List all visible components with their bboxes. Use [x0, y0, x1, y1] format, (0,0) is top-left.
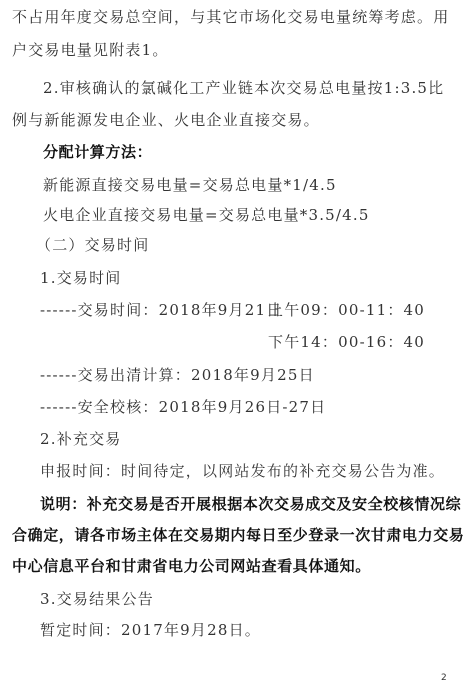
security-check-date: ------安全校核：2018年9月26日-27日 [40, 398, 326, 416]
paragraph-line-1: 不占用年度交易总空间，与其它市场化交易电量统筹考虑。用 [12, 8, 449, 26]
page-number: 2 [441, 673, 447, 683]
trade-time-morning: 上午09：00-11：40 [268, 301, 425, 319]
declaration-time: 申报时间：时间待定，以网站发布的补充交易公告为准。 [40, 462, 445, 480]
note-line-1: 说明：补充交易是否开展根据本次交易成交及安全校核情况综 [40, 495, 461, 513]
clearing-calculation-date: ------交易出清计算：2018年9月25日 [40, 366, 315, 384]
subsection-supplementary-trade: 2.补充交易 [40, 430, 122, 448]
paragraph-line-4: 例与新能源发电企业、火电企业直接交易。 [12, 111, 320, 129]
tentative-date: 暂定时间：2017年9月28日。 [40, 621, 261, 639]
note-line-3: 中心信息平台和甘肃省电力公司网站查看具体通知。 [12, 557, 371, 575]
formula-thermal-power: 火电企业直接交易电量=交易总电量*3.5/4.5 [43, 206, 370, 224]
formula-new-energy: 新能源直接交易电量=交易总电量*1/4.5 [43, 176, 337, 194]
paragraph-line-2: 户交易电量见附表1。 [12, 41, 169, 59]
allocation-method-heading: 分配计算方法： [43, 143, 152, 161]
note-line-2: 合确定，请各市场主体在交易期内每日至少登录一次甘肃电力交易 [12, 526, 463, 544]
subsection-trade-time: 1.交易时间 [40, 269, 122, 287]
subsection-result-announcement: 3.交易结果公告 [40, 590, 154, 608]
paragraph-line-3: 2.审核确认的氯碱化工产业链本次交易总电量按1:3.5比 [43, 79, 444, 97]
trade-time-date: ------交易时间：2018年9月21日 [40, 301, 282, 319]
trade-time-afternoon: 下午14：00-16：40 [268, 333, 425, 351]
section-heading-trade-time: （二）交易时间 [36, 236, 149, 254]
